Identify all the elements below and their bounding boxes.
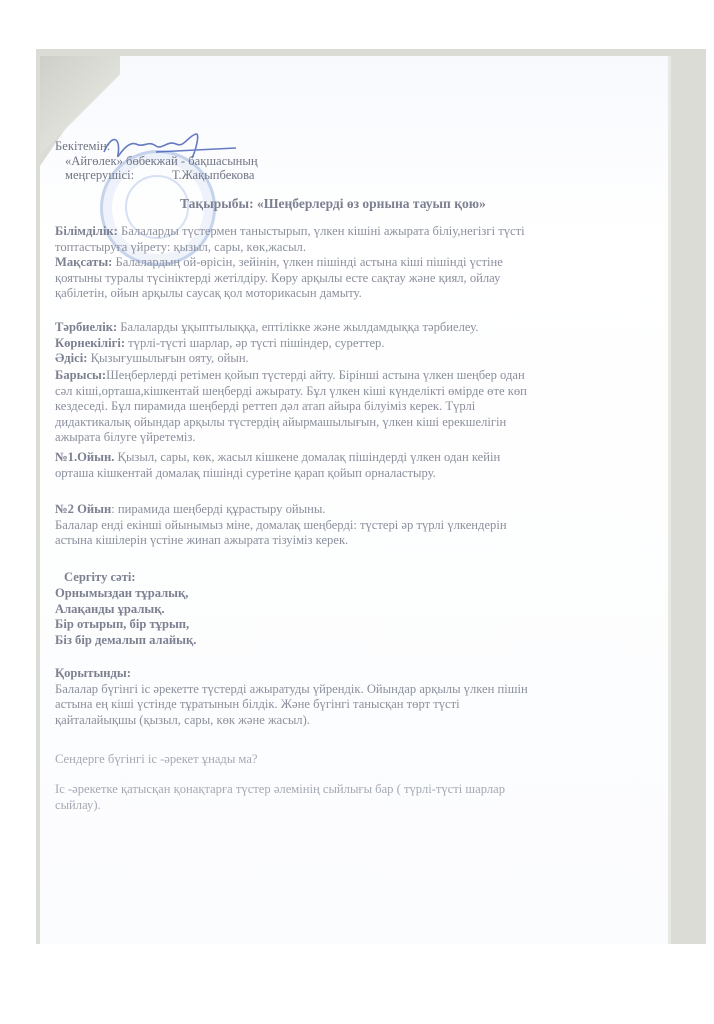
label-sergitu: Сергіту сәті: (64, 570, 136, 586)
document-title: Тақырыбы: «Шеңберлерді өз орнына тауып қ… (180, 196, 486, 212)
game2-line: : пирамида шеңберді құрастыру ойыны. (111, 502, 325, 516)
section-qorytyndy: Қорытынды: Балалар бүгінгі іс әрекетте т… (55, 666, 528, 728)
label-barysy: Барысы: (55, 368, 106, 382)
game1-line: орташа кішкентай домалақ пішінді суретін… (55, 466, 500, 482)
qorytyndy-line: астына ең кіші үстінде тұратынын білдік.… (55, 697, 528, 713)
label-game2: №2 Ойын (55, 502, 111, 516)
section-bilimdilik: Білімділік: Балаларды түстермен таныстыр… (55, 224, 525, 255)
label-tarbielik: Тәрбиелік: (55, 320, 117, 334)
barysy-line: кездеседі. Бұл пирамида шеңберді реттеп … (55, 399, 527, 415)
section-sergitu: Сергіту сәті: (64, 570, 136, 586)
barysy-line: Шеңберлерді ретімен қойып түстерді айту.… (106, 368, 525, 382)
label-qorytyndy: Қорытынды: (55, 666, 528, 682)
poem-line: Біз бір демалып алайық. (55, 633, 196, 649)
tarbielik-text: Балаларды ұқыптылыққа, ептілікке және жы… (117, 320, 478, 334)
poem-line: Орнымыздан тұралық, (55, 586, 196, 602)
qorytyndy-line: қайталайықшы (қызыл, сары, көк және жасы… (55, 713, 528, 729)
label-maksaty: Мақсаты: (55, 255, 112, 269)
section-game2: №2 Ойын: пирамида шеңберді құрастыру ойы… (55, 502, 507, 549)
game2-line: Балалар енді екінші ойынымыз міне, домал… (55, 518, 507, 534)
poem: Орнымыздан тұралық, Алақанды ұралық. Бір… (55, 586, 196, 648)
maksaty-line: қоятыны туралы түсініктерді жетілдіру. К… (55, 271, 503, 287)
approval-role: меңгерушісі: (65, 168, 134, 182)
page-edge (668, 56, 671, 944)
maksaty-line: қабілетін, ойын арқылы саусақ қол мотори… (55, 286, 503, 302)
kornekiligi-text: түрлі-түсті шарлар, әр түсті пішіндер, с… (125, 336, 384, 350)
game1-line: Қызыл, сары, көк, жасыл кішкене домалақ … (114, 450, 500, 464)
barysy-line: дидактикалық ойындар арқылы түстердің ай… (55, 415, 527, 431)
game2-line: астына кішілерін үстіне жинап ажырата ті… (55, 533, 507, 549)
maksaty-line: Балалардың ой-өрісін, зейінін, үлкен піш… (112, 255, 502, 269)
section-game1: №1.Ойын. Қызыл, сары, көк, жасыл кішкене… (55, 450, 500, 481)
qorytyndy-line: Балалар бүгінгі іс әрекетте түстерді ажы… (55, 682, 528, 698)
poem-line: Алақанды ұралық. (55, 602, 196, 618)
label-kornekiligi: Көрнекілігі: (55, 336, 125, 350)
bilimdilik-line: Балаларды түстермен таныстырып, үлкен кі… (118, 224, 525, 238)
closing-line: Іс -әрекетке қатысқан қонақтарға түстер … (55, 782, 505, 798)
section-tarbielik: Тәрбиелік: Балаларды ұқыптылыққа, ептілі… (55, 320, 478, 367)
label-bilimdilik: Білімділік: (55, 224, 118, 238)
closing-line: сыйлау). (55, 798, 505, 814)
barysy-line: сәл кіші,орташа,кішкентай шеңберді ажыра… (55, 384, 527, 400)
section-barysy: Барысы:Шеңберлерді ретімен қойып түстерд… (55, 368, 527, 446)
question-text: Сендерге бүгінгі іс -әрекет ұнады ма? (55, 752, 258, 768)
approval-name: Т.Жақыпбекова (172, 168, 254, 182)
section-maksaty: Мақсаты: Балалардың ой-өрісін, зейінін, … (55, 255, 503, 302)
poem-line: Бір отырып, бір тұрып, (55, 617, 196, 633)
barysy-line: ажырата білуге үйретеміз. (55, 430, 527, 446)
label-adisi: Әдісі: (55, 351, 87, 365)
closing: Іс -әрекетке қатысқан қонақтарға түстер … (55, 782, 505, 813)
approval-label: Бекітемін: (55, 139, 110, 155)
adisi-text: Қызығушылығын ояту, ойын. (87, 351, 248, 365)
label-game1: №1.Ойын. (55, 450, 114, 464)
bilimdilik-line: топтастыруға үйрету: қызыл, сары, көк,жа… (55, 240, 525, 256)
